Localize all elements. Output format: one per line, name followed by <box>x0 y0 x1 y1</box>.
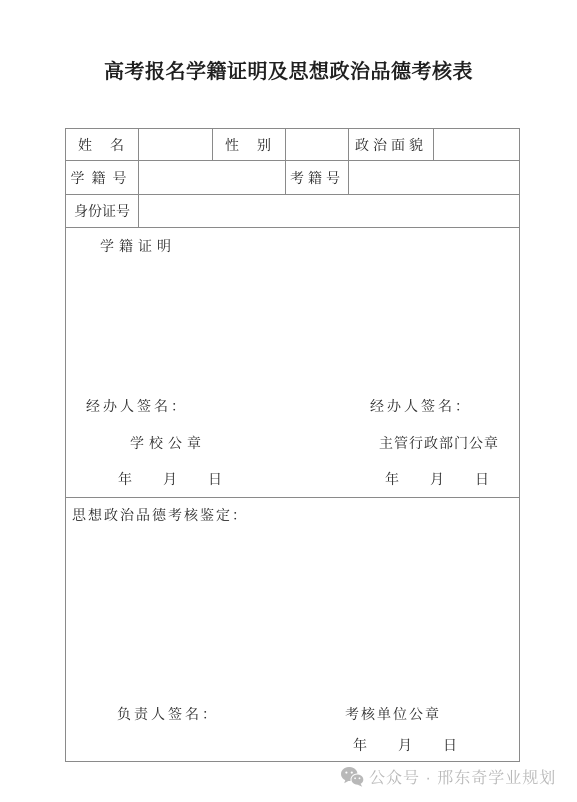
left-signer-label: 经办人签名： <box>86 396 188 416</box>
responsible-signer-label: 负责人签名： <box>117 704 219 724</box>
wechat-icon <box>341 767 364 787</box>
gender-label-cell: 性 别 <box>213 129 286 160</box>
table-row-numbers: 学籍号 考籍号 <box>66 161 519 195</box>
id-card-value-cell <box>139 195 519 227</box>
assessment-unit-seal-label: 考核单位公章 <box>345 704 441 724</box>
watermark-text: 公众号 · 邢东奇学业规划 <box>369 765 556 788</box>
gender-value-cell <box>286 129 349 160</box>
table-row-identity: 姓 名 性 别 政治面貌 <box>66 129 519 161</box>
assessment-section: 思想政治品德考核鉴定： 负责人签名： 考核单位公章 年 月 日 <box>66 498 519 761</box>
right-date-label: 年 月 日 <box>385 469 490 489</box>
left-date-label: 年 月 日 <box>118 469 223 489</box>
name-value-cell <box>139 129 213 160</box>
political-status-label-cell: 政治面貌 <box>349 129 434 160</box>
exam-no-label-cell: 考籍号 <box>286 161 349 194</box>
student-status-certificate-section: 学籍证明 经办人签名： 经办人签名： 学校公章 主管行政部门公章 年 月 日 年… <box>66 228 519 498</box>
table-row-idcard: 身份证号 <box>66 195 519 228</box>
page-title: 高考报名学籍证明及思想政治品德考核表 <box>0 55 577 84</box>
form-page: 高考报名学籍证明及思想政治品德考核表 姓 名 性 别 政治面貌 学籍号 考籍号 … <box>0 0 577 802</box>
form-table: 姓 名 性 别 政治面貌 学籍号 考籍号 身份证号 学籍证明 经办人签名： 经办… <box>65 128 520 762</box>
id-card-label-cell: 身份证号 <box>66 195 139 227</box>
admin-dept-seal-label: 主管行政部门公章 <box>379 433 499 453</box>
watermark: 公众号 · 邢东奇学业规划 <box>341 765 556 788</box>
assessment-section-heading: 思想政治品德考核鉴定： <box>72 505 248 525</box>
right-signer-label: 经办人签名： <box>370 396 472 416</box>
bottom-date-label: 年 月 日 <box>353 735 458 755</box>
name-label-cell: 姓 名 <box>66 129 139 160</box>
school-seal-label: 学校公章 <box>130 433 206 453</box>
student-status-no-label-cell: 学籍号 <box>66 161 139 194</box>
student-status-no-value-cell <box>139 161 286 194</box>
political-status-value-cell <box>434 129 519 160</box>
exam-no-value-cell <box>349 161 519 194</box>
xueji-section-heading: 学籍证明 <box>100 236 176 256</box>
